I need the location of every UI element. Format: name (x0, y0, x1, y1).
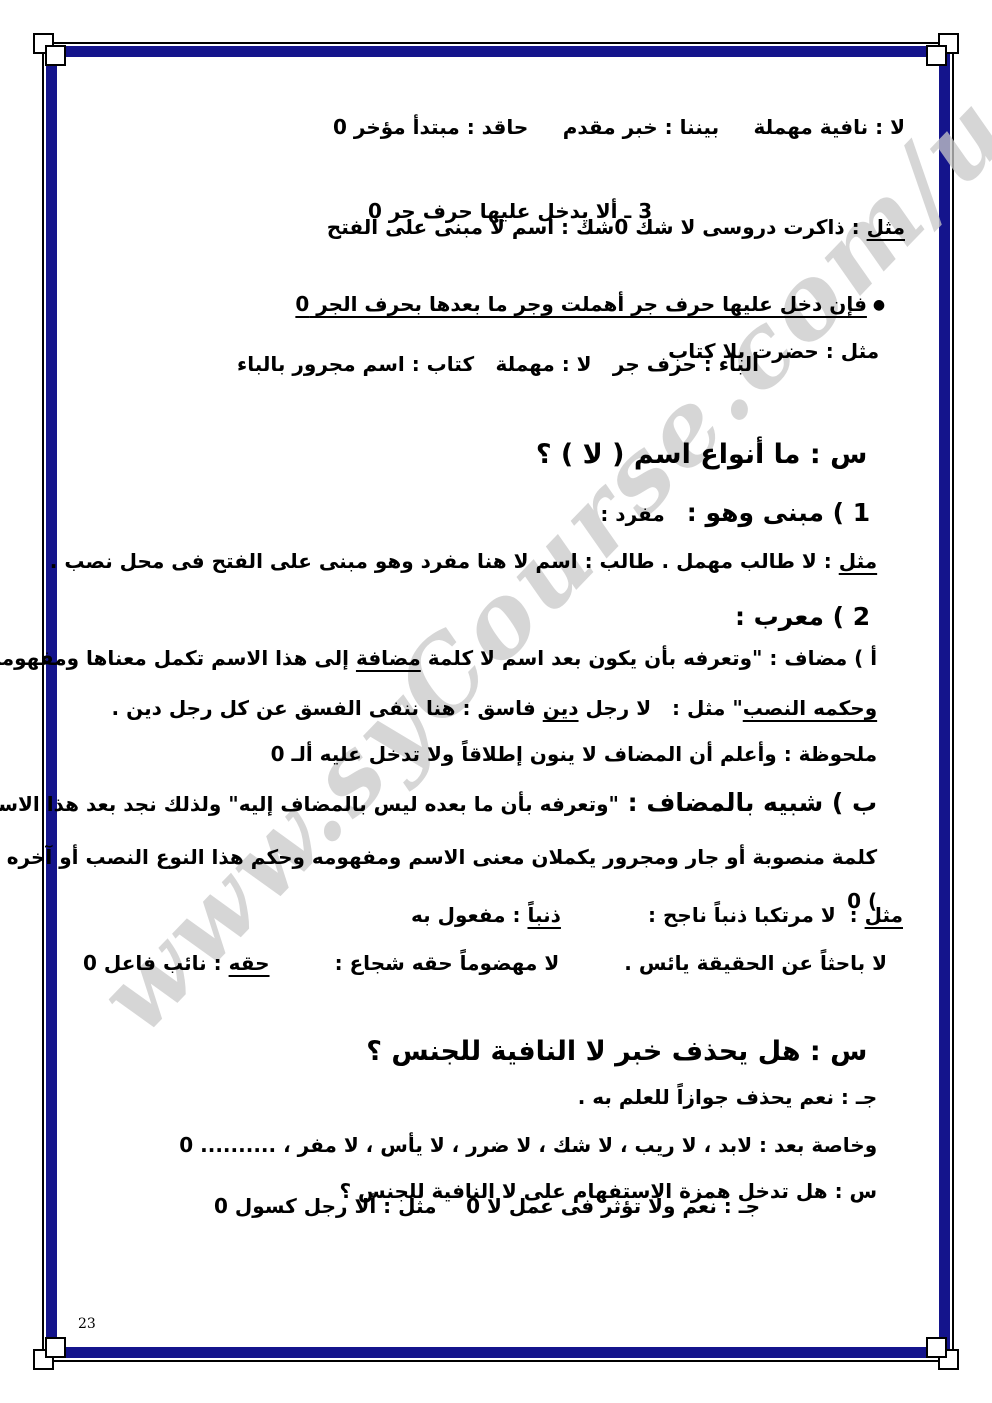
phrase: جـ : نعم ولا تؤثر فى عمل لا 0 (466, 1191, 760, 1221)
text-line: لا باحثاً عن الحقيقة يائس . لا مهضوماً ح… (83, 948, 887, 978)
ornament-square (926, 1337, 947, 1358)
ornament-square (926, 45, 947, 66)
phrase: مثل : ذاكرت دروسى لا شك 0 (614, 212, 905, 242)
text-line: مثل : لا مرتكبا ذنباً ناجح : ذنباً : مفع… (411, 900, 903, 930)
phrase: كتاب : اسم مجرور بالباء (237, 349, 474, 379)
phrase: حاقد : مبتدأ مؤخر 0 (333, 112, 528, 142)
phrase: : لا طالب مهمل . طالب : اسم لا هنا مفرد … (50, 549, 839, 573)
phrase: مثل : لا مرتكبا ذنباً ناجح : (648, 900, 903, 930)
phrase: مثل : ألا رجل كسول 0 (214, 1191, 437, 1221)
page-number: 23 (78, 1316, 96, 1332)
text-line: الباء : حرف جر لا : مهملة كتاب : اسم مجر… (237, 349, 759, 379)
phrase: لا : مهملة (495, 349, 591, 379)
underlined-word: مثل (865, 903, 903, 927)
phrase: حقه : نائب فاعل 0 (83, 948, 270, 978)
phrase: الباء : حرف جر (613, 349, 759, 379)
document-page: www.syCourse.com/uae لا : نافية مهملة بي… (0, 0, 992, 1403)
phrase: : نائب فاعل 0 (83, 951, 229, 975)
ornament-square (45, 45, 66, 66)
corner-ornament-bottom-left (33, 1330, 73, 1370)
phrase: : مفعول به (411, 903, 527, 927)
text-line: كلمة منصوبة أو جار ومجرور يكملان معنى ال… (0, 812, 905, 902)
phrase: لا مهضوماً حقه شجاع : (335, 948, 560, 978)
text-line: مثل : ذاكرت دروسى لا شك 0 شك : اسم لا مب… (331, 212, 905, 242)
phrase: لا : نافية مهملة (754, 112, 905, 142)
phrase: لا باحثاً عن الحقيقة يائس . (624, 948, 887, 978)
text-line: جـ : نعم ولا تؤثر فى عمل لا 0 مثل : ألا … (214, 1191, 760, 1221)
ornament-square (45, 1337, 66, 1358)
corner-ornament-bottom-right (919, 1330, 959, 1370)
phrase: بيننا : خبر مقدم (563, 112, 719, 142)
phrase: : لا مرتكبا ذنباً ناجح : (648, 903, 865, 927)
corner-ornament-top-left (33, 33, 73, 73)
underlined-word: مثل (867, 215, 905, 239)
underlined-word: حقه (229, 951, 270, 975)
phrase: ذنباً : مفعول به (411, 900, 561, 930)
text-line: لا : نافية مهملة بيننا : خبر مقدم حاقد :… (333, 112, 905, 142)
phrase: شك : اسم لا مبنى على الفتح (327, 212, 615, 242)
phrase: كلمة منصوبة أو جار ومجرور يكملان معنى ال… (0, 845, 877, 869)
phrase: : ذاكرت دروسى لا شك 0 (614, 215, 866, 239)
text-line: 3 ـ ألا يدخل عليها حرف جر 0 (368, 166, 680, 256)
underlined-word: ذنباً (527, 903, 560, 927)
